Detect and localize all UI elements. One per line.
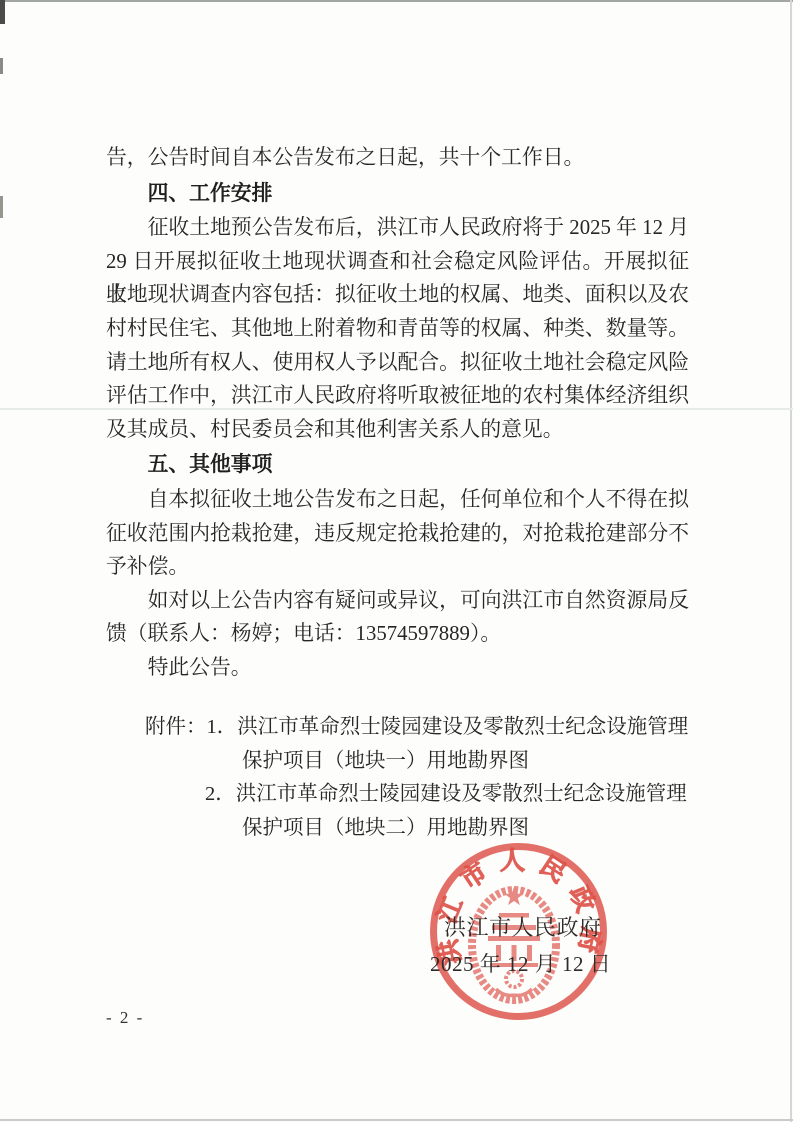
scan-artifact-mark [0, 58, 3, 74]
attachment-2-number: 2． [205, 783, 236, 805]
scan-artifact-mark [0, 0, 5, 24]
text-line: 29 日开展拟征收土地现状调查和社会稳定风险评估。开展拟征收 [106, 245, 689, 279]
section-heading-5: 五、其他事项 [106, 448, 689, 482]
attachment-item-1: 附件：1．洪江市革命烈士陵园建设及零散烈士纪念设施管理 [145, 711, 705, 745]
text-line: 予补偿。 [106, 550, 689, 584]
attachment-2-text: 洪江市革命烈士陵园建设及零散烈士纪念设施管理 [236, 783, 687, 805]
text-line: 及其成员、村民委员会和其他利害关系人的意见。 [106, 413, 689, 447]
attachments-list: 附件：1．洪江市革命烈士陵园建设及零散烈士纪念设施管理 保护项目（地块一）用地勘… [145, 711, 705, 845]
attachment-1-text: 保护项目（地块一）用地勘界图 [242, 750, 529, 772]
scan-edge-right [790, 0, 792, 1122]
text-line: 评估工作中，洪江市人民政府将听取被征地的农村集体经济组织 [106, 379, 689, 413]
attachment-item-2-continuation: 保护项目（地块二）用地勘界图 [145, 812, 705, 846]
issuer-signature: 洪江市人民政府 [444, 911, 602, 942]
text-line: 馈（联系人：杨婷；电话：13574597889）。 [106, 617, 689, 651]
national-emblem-icon [472, 887, 556, 1000]
attachment-item-1-continuation: 保护项目（地块一）用地勘界图 [145, 745, 705, 779]
scanned-document-page: { "document": { "lines": [ "告，公告时间自本公告发布… [0, 0, 793, 1122]
section-heading-4: 四、工作安排 [106, 177, 689, 211]
scan-artifact-mark [0, 196, 3, 218]
announcement-body: 告，公告时间自本公告发布之日起，共十个工作日。 四、工作安排 征收土地预公告发布… [106, 141, 689, 685]
attachment-1-number: 1． [207, 716, 238, 738]
text-line: 特此公告。 [106, 651, 689, 685]
text-line: 告，公告时间自本公告发布之日起，共十个工作日。 [106, 141, 689, 175]
attachment-1-text: 洪江市革命烈士陵园建设及零散烈士纪念设施管理 [237, 716, 688, 738]
page-number: - 2 - [106, 1008, 144, 1028]
text-line: 土地现状调查内容包括：拟征收土地的权属、地类、面积以及农 [106, 278, 689, 312]
text-line: 自本拟征收土地公告发布之日起，任何单位和个人不得在拟 [106, 483, 689, 517]
scan-edge-top [0, 0, 793, 2]
text-line: 村村民住宅、其他地上附着物和青苗等的权属、种类、数量等。 [106, 312, 689, 346]
attachment-2-text: 保护项目（地块二）用地勘界图 [242, 817, 529, 839]
text-line: 征收范围内抢栽抢建，违反规定抢栽抢建的，对抢栽抢建部分不 [106, 517, 689, 551]
scan-edge-bottom [0, 1119, 793, 1121]
text-line: 如对以上公告内容有疑问或异议，可向洪江市自然资源局反 [106, 584, 689, 618]
issue-date: 2025 年 12 月 12 日 [430, 948, 611, 978]
text-line: 征收土地预公告发布后，洪江市人民政府将于 2025 年 12 月 [106, 211, 689, 245]
text-line: 请土地所有权人、使用权人予以配合。拟征收土地社会稳定风险 [106, 346, 689, 380]
attachment-item-2: 2．洪江市革命烈士陵园建设及零散烈士纪念设施管理 [145, 778, 705, 812]
attachments-label: 附件： [145, 716, 207, 738]
